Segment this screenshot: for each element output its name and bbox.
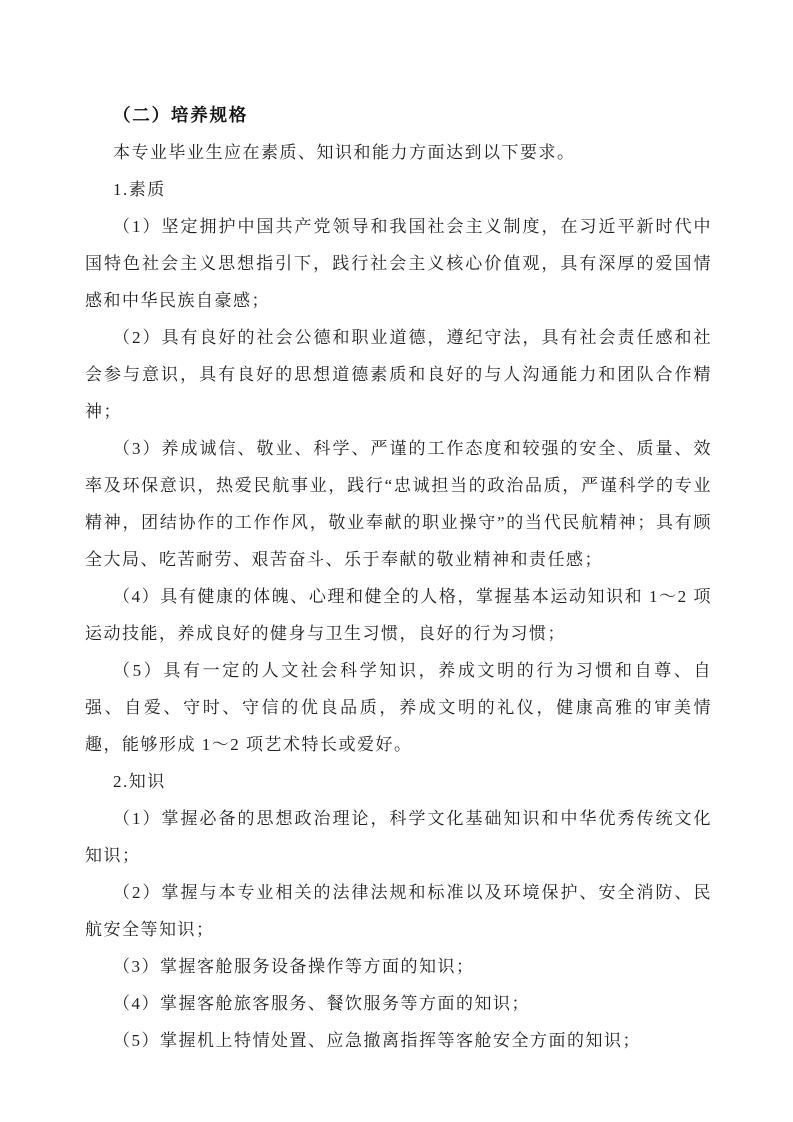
- quality-item-1: （1）坚定拥护中国共产党领导和我国社会主义制度，在习近平新时代中国特色社会主义思…: [85, 208, 712, 319]
- knowledge-item-5: （5）掌握机上特情处置、应急撤离指挥等客舱安全方面的知识；: [85, 1022, 712, 1059]
- knowledge-item-1: （1）掌握必备的思想政治理论，科学文化基础知识和中华优秀传统文化知识；: [85, 800, 712, 874]
- quality-item-3: （3）养成诚信、敬业、科学、严谨的工作态度和较强的安全、质量、效率及环保意识，热…: [85, 430, 712, 578]
- document-page: （二）培养规格 本专业毕业生应在素质、知识和能力方面达到以下要求。 1.素质 （…: [0, 0, 793, 1122]
- document-content: （二）培养规格 本专业毕业生应在素质、知识和能力方面达到以下要求。 1.素质 （…: [85, 97, 712, 1059]
- quality-item-4: （4）具有健康的体魄、心理和健全的人格，掌握基本运动知识和 1～2 项运动技能，…: [85, 578, 712, 652]
- knowledge-item-2: （2）掌握与本专业相关的法律法规和标准以及环境保护、安全消防、民航安全等知识；: [85, 874, 712, 948]
- intro-paragraph: 本专业毕业生应在素质、知识和能力方面达到以下要求。: [85, 134, 712, 171]
- subsection-title-knowledge: 2.知识: [85, 763, 712, 800]
- quality-item-5: （5）具有一定的人文社会科学知识，养成文明的行为习惯和自尊、自强、自爱、守时、守…: [85, 652, 712, 763]
- knowledge-item-4: （4）掌握客舱旅客服务、餐饮服务等方面的知识；: [85, 985, 712, 1022]
- knowledge-item-3: （3）掌握客舱服务设备操作等方面的知识；: [85, 948, 712, 985]
- section-heading: （二）培养规格: [85, 97, 712, 134]
- subsection-title-quality: 1.素质: [85, 171, 712, 208]
- quality-item-2: （2）具有良好的社会公德和职业道德，遵纪守法，具有社会责任感和社会参与意识，具有…: [85, 319, 712, 430]
